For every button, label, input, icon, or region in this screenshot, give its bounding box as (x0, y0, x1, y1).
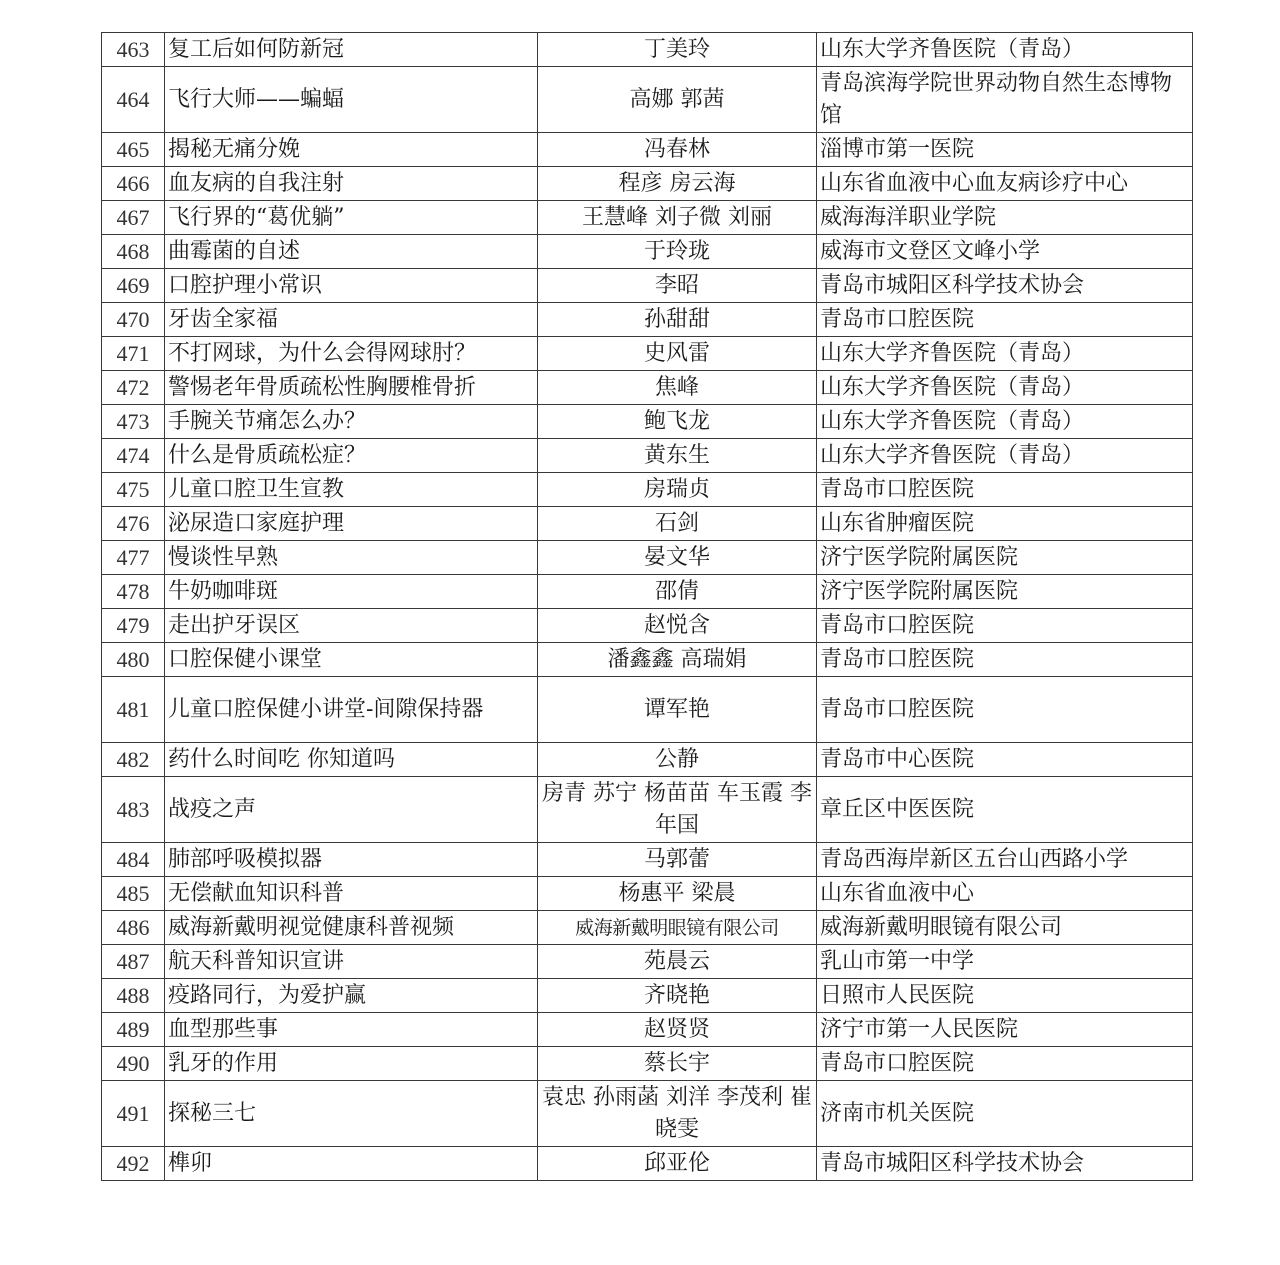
table-row: 475儿童口腔卫生宣教房瑞贞青岛市口腔医院 (102, 473, 1193, 507)
table-row: 477慢谈性早熟晏文华济宁医学院附属医院 (102, 541, 1193, 575)
entry-organization: 威海市文登区文峰小学 (817, 235, 1193, 269)
entry-author: 谭军艳 (538, 677, 817, 743)
table-row: 471不打网球，为什么会得网球肘？史风雷山东大学齐鲁医院（青岛） (102, 337, 1193, 371)
table-row: 488疫路同行，为爱护赢齐晓艳日照市人民医院 (102, 979, 1193, 1013)
entry-organization: 威海新戴明眼镜有限公司 (817, 911, 1193, 945)
entry-title: 曲霉菌的自述 (165, 235, 538, 269)
entry-author: 马郭蕾 (538, 843, 817, 877)
entry-author: 杨惠平 梁晨 (538, 877, 817, 911)
table-row: 480口腔保健小课堂潘鑫鑫 高瑞娟青岛市口腔医院 (102, 643, 1193, 677)
table-row: 479走出护牙误区赵悦含青岛市口腔医院 (102, 609, 1193, 643)
entry-author: 房青 苏宁 杨苗苗 车玉霞 李年国 (538, 777, 817, 843)
entry-author: 李昭 (538, 269, 817, 303)
entry-organization: 青岛市口腔医院 (817, 1047, 1193, 1081)
table-row: 490乳牙的作用蔡长宇青岛市口腔医院 (102, 1047, 1193, 1081)
table-row: 474什么是骨质疏松症？黄东生山东大学齐鲁医院（青岛） (102, 439, 1193, 473)
entry-title: 走出护牙误区 (165, 609, 538, 643)
table-row: 466血友病的自我注射程彦 房云海山东省血液中心血友病诊疗中心 (102, 167, 1193, 201)
entry-title: 榫卯 (165, 1147, 538, 1181)
entry-number: 469 (102, 269, 165, 303)
entry-author: 赵悦含 (538, 609, 817, 643)
entry-author: 蔡长宇 (538, 1047, 817, 1081)
entry-title: 血友病的自我注射 (165, 167, 538, 201)
entry-number: 464 (102, 67, 165, 133)
entry-title: 乳牙的作用 (165, 1047, 538, 1081)
entry-organization: 淄博市第一医院 (817, 133, 1193, 167)
entry-number: 488 (102, 979, 165, 1013)
entry-author: 邵倩 (538, 575, 817, 609)
entry-number: 492 (102, 1147, 165, 1181)
entry-author: 潘鑫鑫 高瑞娟 (538, 643, 817, 677)
table-row: 492榫卯邱亚伦青岛市城阳区科学技术协会 (102, 1147, 1193, 1181)
table-row: 476泌尿造口家庭护理石剑山东省肿瘤医院 (102, 507, 1193, 541)
entry-number: 485 (102, 877, 165, 911)
entry-organization: 青岛市口腔医院 (817, 473, 1193, 507)
table-row: 473手腕关节痛怎么办？鲍飞龙山东大学齐鲁医院（青岛） (102, 405, 1193, 439)
entry-title: 揭秘无痛分娩 (165, 133, 538, 167)
entry-title: 泌尿造口家庭护理 (165, 507, 538, 541)
entry-organization: 日照市人民医院 (817, 979, 1193, 1013)
entry-number: 472 (102, 371, 165, 405)
entry-author: 房瑞贞 (538, 473, 817, 507)
entry-organization: 青岛市口腔医院 (817, 677, 1193, 743)
entry-organization: 青岛西海岸新区五台山西路小学 (817, 843, 1193, 877)
entry-organization: 济宁市第一人民医院 (817, 1013, 1193, 1047)
entry-title: 探秘三七 (165, 1081, 538, 1147)
entry-author: 王慧峰 刘子微 刘丽 (538, 201, 817, 235)
entry-title: 口腔保健小课堂 (165, 643, 538, 677)
entry-organization: 青岛市城阳区科学技术协会 (817, 269, 1193, 303)
entry-number: 491 (102, 1081, 165, 1147)
table-row: 491探秘三七袁忠 孙雨菡 刘洋 李茂利 崔晓雯济南市机关医院 (102, 1081, 1193, 1147)
table-row: 485无偿献血知识科普杨惠平 梁晨山东省血液中心 (102, 877, 1193, 911)
entry-organization: 青岛市中心医院 (817, 743, 1193, 777)
entry-number: 477 (102, 541, 165, 575)
entry-author: 黄东生 (538, 439, 817, 473)
entry-organization: 山东省血液中心血友病诊疗中心 (817, 167, 1193, 201)
entry-number: 481 (102, 677, 165, 743)
table-row: 465揭秘无痛分娩冯春林淄博市第一医院 (102, 133, 1193, 167)
entries-table: 463复工后如何防新冠丁美玲山东大学齐鲁医院（青岛）464飞行大师——蝙蝠高娜 … (101, 32, 1193, 1181)
entry-organization: 山东大学齐鲁医院（青岛） (817, 371, 1193, 405)
entry-number: 463 (102, 33, 165, 67)
entry-title: 不打网球，为什么会得网球肘？ (165, 337, 538, 371)
entry-title: 口腔护理小常识 (165, 269, 538, 303)
entry-organization: 山东大学齐鲁医院（青岛） (817, 33, 1193, 67)
entry-organization: 青岛市口腔医院 (817, 643, 1193, 677)
entry-author: 程彦 房云海 (538, 167, 817, 201)
entry-number: 479 (102, 609, 165, 643)
entries-table-body: 463复工后如何防新冠丁美玲山东大学齐鲁医院（青岛）464飞行大师——蝙蝠高娜 … (102, 33, 1193, 1181)
entry-organization: 威海海洋职业学院 (817, 201, 1193, 235)
entry-number: 480 (102, 643, 165, 677)
entry-title: 复工后如何防新冠 (165, 33, 538, 67)
entry-organization: 青岛市城阳区科学技术协会 (817, 1147, 1193, 1181)
entry-author: 高娜 郭茜 (538, 67, 817, 133)
table-row: 467飞行界的“葛优躺”王慧峰 刘子微 刘丽威海海洋职业学院 (102, 201, 1193, 235)
table-row: 464飞行大师——蝙蝠高娜 郭茜青岛滨海学院世界动物自然生态博物馆 (102, 67, 1193, 133)
entry-title: 警惕老年骨质疏松性胸腰椎骨折 (165, 371, 538, 405)
entry-organization: 山东省血液中心 (817, 877, 1193, 911)
entry-title: 飞行大师——蝙蝠 (165, 67, 538, 133)
entry-organization: 济南市机关医院 (817, 1081, 1193, 1147)
entry-author: 于玲珑 (538, 235, 817, 269)
entry-title: 航天科普知识宣讲 (165, 945, 538, 979)
entry-title: 威海新戴明视觉健康科普视频 (165, 911, 538, 945)
entry-author: 邱亚伦 (538, 1147, 817, 1181)
entry-organization: 章丘区中医医院 (817, 777, 1193, 843)
table-row: 482药什么时间吃 你知道吗公静青岛市中心医院 (102, 743, 1193, 777)
table-row: 470牙齿全家福孙甜甜青岛市口腔医院 (102, 303, 1193, 337)
entry-author: 苑晨云 (538, 945, 817, 979)
entry-number: 490 (102, 1047, 165, 1081)
entry-number: 473 (102, 405, 165, 439)
entry-title: 无偿献血知识科普 (165, 877, 538, 911)
entry-number: 475 (102, 473, 165, 507)
table-row: 489血型那些事赵贤贤济宁市第一人民医院 (102, 1013, 1193, 1047)
entry-title: 儿童口腔保健小讲堂-间隙保持器 (165, 677, 538, 743)
table-row: 463复工后如何防新冠丁美玲山东大学齐鲁医院（青岛） (102, 33, 1193, 67)
entry-organization: 乳山市第一中学 (817, 945, 1193, 979)
entry-author: 公静 (538, 743, 817, 777)
entry-author: 袁忠 孙雨菡 刘洋 李茂利 崔晓雯 (538, 1081, 817, 1147)
entry-organization: 青岛滨海学院世界动物自然生态博物馆 (817, 67, 1193, 133)
table-row: 481儿童口腔保健小讲堂-间隙保持器谭军艳青岛市口腔医院 (102, 677, 1193, 743)
entry-author: 焦峰 (538, 371, 817, 405)
entry-number: 470 (102, 303, 165, 337)
entry-author: 石剑 (538, 507, 817, 541)
entry-title: 疫路同行，为爱护赢 (165, 979, 538, 1013)
entry-author: 孙甜甜 (538, 303, 817, 337)
entry-organization: 青岛市口腔医院 (817, 303, 1193, 337)
entry-number: 482 (102, 743, 165, 777)
entry-title: 儿童口腔卫生宣教 (165, 473, 538, 507)
entry-title: 血型那些事 (165, 1013, 538, 1047)
entry-number: 486 (102, 911, 165, 945)
table-row: 484肺部呼吸模拟器马郭蕾青岛西海岸新区五台山西路小学 (102, 843, 1193, 877)
entry-organization: 山东大学齐鲁医院（青岛） (817, 337, 1193, 371)
entry-organization: 济宁医学院附属医院 (817, 541, 1193, 575)
table-row: 478牛奶咖啡斑邵倩济宁医学院附属医院 (102, 575, 1193, 609)
entry-number: 478 (102, 575, 165, 609)
entry-organization: 山东大学齐鲁医院（青岛） (817, 405, 1193, 439)
entry-number: 476 (102, 507, 165, 541)
entry-author: 史风雷 (538, 337, 817, 371)
entry-organization: 济宁医学院附属医院 (817, 575, 1193, 609)
table-row: 486威海新戴明视觉健康科普视频威海新戴明眼镜有限公司威海新戴明眼镜有限公司 (102, 911, 1193, 945)
table-row: 487航天科普知识宣讲苑晨云乳山市第一中学 (102, 945, 1193, 979)
table-row: 483战疫之声房青 苏宁 杨苗苗 车玉霞 李年国章丘区中医医院 (102, 777, 1193, 843)
entry-title: 慢谈性早熟 (165, 541, 538, 575)
entry-title: 牛奶咖啡斑 (165, 575, 538, 609)
table-row: 472警惕老年骨质疏松性胸腰椎骨折焦峰山东大学齐鲁医院（青岛） (102, 371, 1193, 405)
entry-number: 489 (102, 1013, 165, 1047)
entry-title: 手腕关节痛怎么办？ (165, 405, 538, 439)
table-row: 469口腔护理小常识李昭青岛市城阳区科学技术协会 (102, 269, 1193, 303)
entry-organization: 山东大学齐鲁医院（青岛） (817, 439, 1193, 473)
entry-number: 471 (102, 337, 165, 371)
table-row: 468曲霉菌的自述于玲珑威海市文登区文峰小学 (102, 235, 1193, 269)
entry-author: 威海新戴明眼镜有限公司 (538, 911, 817, 945)
entry-organization: 山东省肿瘤医院 (817, 507, 1193, 541)
entry-number: 487 (102, 945, 165, 979)
entry-number: 466 (102, 167, 165, 201)
entry-number: 474 (102, 439, 165, 473)
entry-author: 晏文华 (538, 541, 817, 575)
entry-author: 丁美玲 (538, 33, 817, 67)
entry-title: 肺部呼吸模拟器 (165, 843, 538, 877)
entry-number: 484 (102, 843, 165, 877)
entry-number: 465 (102, 133, 165, 167)
entry-author: 赵贤贤 (538, 1013, 817, 1047)
entry-author: 冯春林 (538, 133, 817, 167)
entry-author: 齐晓艳 (538, 979, 817, 1013)
entry-title: 战疫之声 (165, 777, 538, 843)
entry-organization: 青岛市口腔医院 (817, 609, 1193, 643)
entry-title: 药什么时间吃 你知道吗 (165, 743, 538, 777)
entry-title: 牙齿全家福 (165, 303, 538, 337)
entry-number: 483 (102, 777, 165, 843)
entry-number: 468 (102, 235, 165, 269)
entry-number: 467 (102, 201, 165, 235)
entry-title: 什么是骨质疏松症？ (165, 439, 538, 473)
entry-title: 飞行界的“葛优躺” (165, 201, 538, 235)
entry-author: 鲍飞龙 (538, 405, 817, 439)
